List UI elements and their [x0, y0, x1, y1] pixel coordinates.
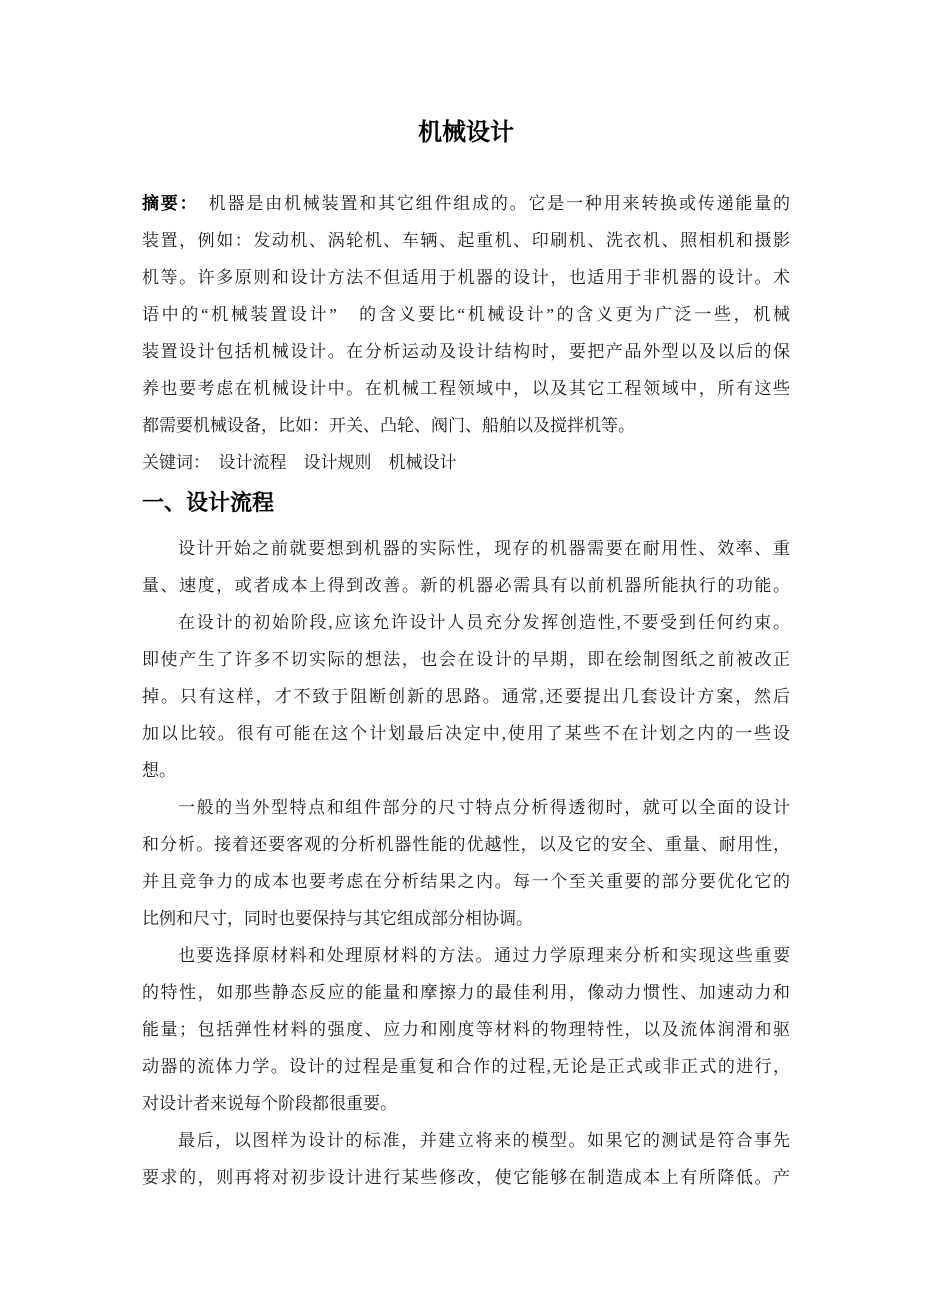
body-text-line: 能量；包括弹性材料的强度、应力和刚度等材料的物理特性，以及流体润滑和驱	[142, 1011, 790, 1048]
body-text-line: 并且竞争力的成本也要考虑在分析结果之内。每一个至关重要的部分要优化它的	[142, 863, 790, 900]
body-text-line: 要求的，则再将对初步设计进行某些修改，使它能够在制造成本上有所降低。产	[142, 1159, 790, 1196]
body-text-line: 量、速度，或者成本上得到改善。新的机器必需具有以前机器所能执行的功能。	[142, 567, 790, 604]
body-text-line: 最后，以图样为设计的标准，并建立将来的模型。如果它的测试是符合事先	[142, 1122, 790, 1159]
body-paragraphs: 设计开始之前就要想到机器的实际性，现存的机器需要在耐用性、效率、重量、速度，或者…	[142, 530, 790, 1196]
abstract-text-line: 语中的“机械装置设计” 的含义要比“机械设计”的含义更为广泛一些，机械	[142, 296, 790, 333]
body-text-line: 在设计的初始阶段,应该允许设计人员充分发挥创造性,不要受到任何约束。	[142, 604, 790, 641]
abstract-first-line: 摘要： 机器是由机械装置和其它组件组成的。它是一种用来转换或传递能量的	[142, 185, 790, 222]
body-text-line: 掉。只有这样，才不致于阻断创新的思路。通常,还要提出几套设计方案，然后	[142, 678, 790, 715]
abstract-label: 摘要：	[142, 194, 190, 213]
body-text-line: 即使产生了许多不切实际的想法，也会在设计的早期，即在绘制图纸之前被改正	[142, 641, 790, 678]
body-text-line: 加以比较。很有可能在这个计划最后决定中,使用了某些不在计划之内的一些设	[142, 715, 790, 752]
keywords-line: 关键词： 设计流程 设计规则 机械设计	[142, 444, 790, 481]
abstract-text-line: 养也要考虑在机械设计中。在机械工程领域中，以及其它工程领域中，所有这些	[142, 370, 790, 407]
abstract-text-line: 机等。许多原则和设计方法不但适用于机器的设计，也适用于非机器的设计。术	[142, 259, 790, 296]
body-text-line: 想。	[142, 752, 790, 789]
body-text-line: 也要选择原材料和处理原材料的方法。通过力学原理来分析和实现这些重要	[142, 937, 790, 974]
abstract-text-line: 装置，例如：发动机、涡轮机、车辆、起重机、印刷机、洗衣机、照相机和摄影	[142, 222, 790, 259]
body-text-line: 动器的流体力学。设计的过程是重复和合作的过程,无论是正式或非正式的进行，	[142, 1048, 790, 1085]
abstract-lines: 装置，例如：发动机、涡轮机、车辆、起重机、印刷机、洗衣机、照相机和摄影机等。许多…	[142, 222, 790, 444]
document-title: 机械设计	[142, 115, 790, 151]
abstract-text-line: 都需要机械设备，比如：开关、凸轮、阀门、船舶以及搅拌机等。	[142, 407, 790, 444]
body-text-line: 设计开始之前就要想到机器的实际性，现存的机器需要在耐用性、效率、重	[142, 530, 790, 567]
abstract-paragraph: 摘要： 机器是由机械装置和其它组件组成的。它是一种用来转换或传递能量的 装置，例…	[142, 185, 790, 444]
body-text-line: 一般的当外型特点和组件部分的尺寸特点分析得透彻时，就可以全面的设计	[142, 789, 790, 826]
body-text-line: 的特性，如那些静态反应的能量和摩擦力的最佳利用，像动力惯性、加速动力和	[142, 974, 790, 1011]
body-text-line: 比例和尺寸，同时也要保持与其它组成部分相协调。	[142, 900, 790, 937]
body-text-line: 对设计者来说每个阶段都很重要。	[142, 1085, 790, 1122]
body-text-line: 和分析。接着还要客观的分析机器性能的优越性，以及它的安全、重量、耐用性，	[142, 826, 790, 863]
abstract-first-line-text: 机器是由机械装置和其它组件组成的。它是一种用来转换或传递能量的	[190, 194, 790, 213]
document-canvas: { "page": { "background": "#ffffff", "te…	[0, 0, 926, 1309]
abstract-text-line: 装置设计包括机械设计。在分析运动及设计结构时，要把产品外型以及以后的保	[142, 333, 790, 370]
document-page: 机械设计 摘要： 机器是由机械装置和其它组件组成的。它是一种用来转换或传递能量的…	[0, 0, 790, 1196]
section-heading: 一、设计流程	[142, 483, 790, 523]
